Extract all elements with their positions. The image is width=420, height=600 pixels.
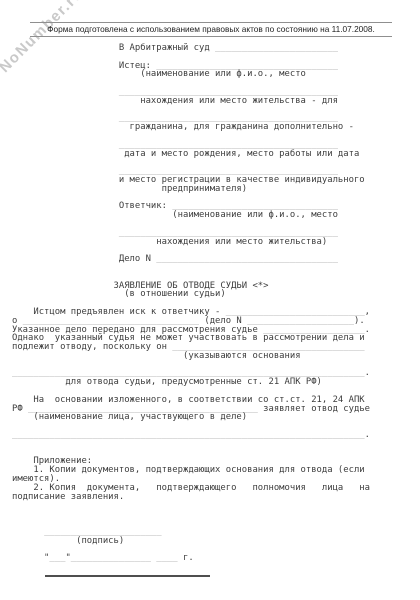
form-line: 1. Копии документов, подтверждающих осно… bbox=[12, 466, 370, 475]
form-line: "___"_______________ ____ г. bbox=[12, 554, 370, 563]
form-line: (наименование или ф.и.о., место bbox=[12, 211, 370, 220]
bottom-rule bbox=[45, 575, 210, 577]
form-body: В Арбитражный суд ______________________… bbox=[12, 44, 370, 563]
form-line: гражданина, для гражданина дополнительно… bbox=[12, 123, 370, 132]
form-line: дата и место рождения, место работы или … bbox=[12, 150, 370, 159]
header-notice-text: Форма подготовлена с использованием прав… bbox=[47, 24, 375, 34]
form-line: (в отношении судьи) bbox=[12, 290, 370, 299]
form-line bbox=[12, 501, 370, 510]
header-notice-bar: Форма подготовлена с использованием прав… bbox=[30, 22, 392, 37]
form-line: (подпись) bbox=[12, 537, 370, 546]
form-line: нахождения или место жительства) bbox=[12, 238, 370, 247]
form-line: для отвода судьи, предусмотренные ст. 21… bbox=[12, 378, 370, 387]
form-line: нахождения или место жительства - для bbox=[12, 97, 370, 106]
form-line: предпринимателя) bbox=[12, 185, 370, 194]
form-line bbox=[12, 510, 370, 519]
form-line: (указываются основания bbox=[12, 352, 370, 361]
form-line: подписание заявления. bbox=[12, 493, 370, 502]
form-line: (наименование или ф.и.о., место bbox=[12, 70, 370, 79]
form-line bbox=[12, 264, 370, 273]
form-line: В Арбитражный суд ______________________… bbox=[12, 44, 370, 53]
form-line: Дело N _________________________________… bbox=[12, 255, 370, 264]
form-line bbox=[12, 440, 370, 449]
document-page: NoNumber.ru Форма подготовлена с использ… bbox=[0, 0, 420, 600]
form-line: ________________________________________… bbox=[12, 431, 370, 440]
form-line: (наименование лица, участвующего в деле) bbox=[12, 413, 370, 422]
